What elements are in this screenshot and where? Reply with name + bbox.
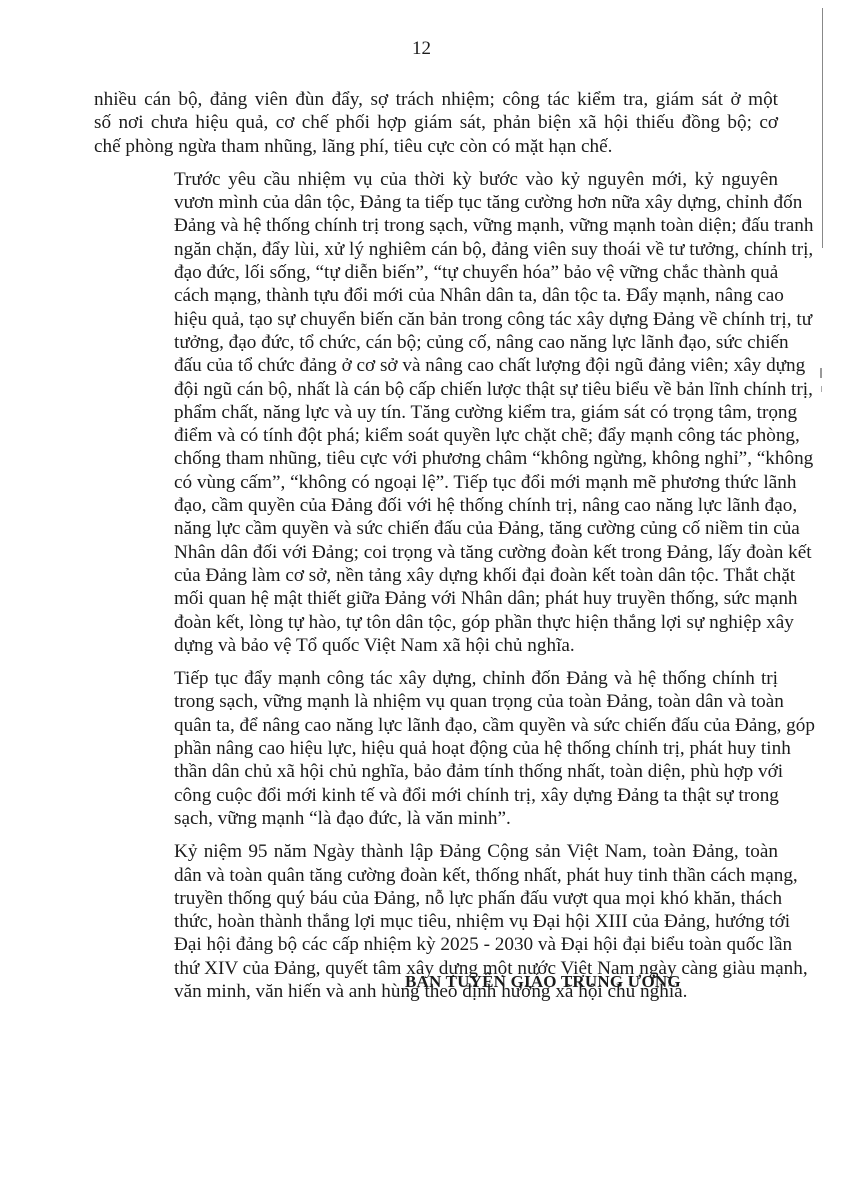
text-line: thần dân chủ xã hội chủ nghĩa, bảo đảm t… [94, 760, 778, 783]
text-line: chế phòng ngừa tham nhũng, lãng phí, tiê… [94, 135, 778, 158]
text-line: đạo đức, lối sống, “tự diễn biến”, “tự c… [94, 261, 778, 284]
text-line: Nhân dân đối với Đảng; coi trọng và tăng… [94, 541, 778, 564]
text-line: hiệu quả, tạo sự chuyển biến căn bản tro… [94, 308, 778, 331]
text-line: điểm và có tính đột phá; kiểm soát quyền… [94, 424, 778, 447]
text-line: vươn mình của dân tộc, Đảng ta tiếp tục … [94, 191, 778, 214]
text-line: Đảng và hệ thống chính trị trong sạch, v… [94, 214, 778, 237]
scan-edge-mark [821, 386, 822, 392]
text-line: Đại hội đảng bộ các cấp nhiệm kỳ 2025 - … [94, 933, 778, 956]
paragraph: Trước yêu cầu nhiệm vụ của thời kỳ bước … [94, 168, 778, 657]
text-line: đạo, cầm quyền của Đảng đối với hệ thống… [94, 494, 778, 517]
text-line: phần nâng cao hiệu lực, hiệu quả hoạt độ… [94, 737, 778, 760]
text-line: phẩm chất, năng lực và uy tín. Tăng cườn… [94, 401, 778, 424]
paragraph: Tiếp tục đẩy mạnh công tác xây dựng, chỉ… [94, 667, 778, 830]
text-line: quân ta, để nâng cao năng lực lãnh đạo, … [94, 714, 778, 737]
text-line: sạch, vững mạnh “là đạo đức, là văn minh… [94, 807, 778, 830]
text-line: mối quan hệ mật thiết giữa Đảng với Nhân… [94, 587, 778, 610]
document-body: nhiều cán bộ, đảng viên đùn đẩy, sợ trác… [94, 88, 778, 1013]
page-number: 12 [0, 38, 843, 60]
text-line: cách mạng, thành tựu đổi mới của Nhân dâ… [94, 284, 778, 307]
text-line: năng lực cầm quyền và sức chiến đấu của … [94, 517, 778, 540]
text-line: đoàn kết, lòng tự hào, tự tôn dân tộc, g… [94, 611, 778, 634]
text-line: dân và toàn quân tăng cường đoàn kết, th… [94, 864, 778, 887]
text-line: dựng và bảo vệ Tổ quốc Việt Nam xã hội c… [94, 634, 778, 657]
text-line: có vùng cấm”, “không có ngoại lệ”. Tiếp … [94, 471, 778, 494]
text-line: công cuộc đổi mới kinh tế và đổi mới chí… [94, 784, 778, 807]
text-line: Kỷ niệm 95 năm Ngày thành lập Đảng Cộng … [94, 840, 778, 863]
paragraph: nhiều cán bộ, đảng viên đùn đẩy, sợ trác… [94, 88, 778, 158]
text-line: truyền thống quý báu của Đảng, nỗ lực ph… [94, 887, 778, 910]
signature-organization: BAN TUYÊN GIÁO TRUNG ƯƠNG [405, 972, 681, 992]
text-line: đấu của tổ chức đảng ở cơ sở và nâng cao… [94, 354, 778, 377]
text-line: nhiều cán bộ, đảng viên đùn đẩy, sợ trác… [94, 88, 778, 111]
text-line: trong sạch, vững mạnh là nhiệm vụ quan t… [94, 690, 778, 713]
text-line: ngăn chặn, đẩy lùi, xử lý nghiêm cán bộ,… [94, 238, 778, 261]
text-line: đội ngũ cán bộ, nhất là cán bộ cấp chiến… [94, 378, 778, 401]
text-line: Trước yêu cầu nhiệm vụ của thời kỳ bước … [94, 168, 778, 191]
scan-edge-mark [820, 368, 822, 378]
text-line: Tiếp tục đẩy mạnh công tác xây dựng, chỉ… [94, 667, 778, 690]
text-line: của Đảng làm cơ sở, nền tảng xây dựng kh… [94, 564, 778, 587]
text-line: tưởng, đạo đức, tổ chức, cán bộ; củng cố… [94, 331, 778, 354]
text-line: thức, hoàn thành thắng lợi mục tiêu, nhi… [94, 910, 778, 933]
text-line: số nơi chưa hiệu quả, cơ chế phối hợp gi… [94, 111, 778, 134]
text-line: chống tham nhũng, tiêu cực với phương ch… [94, 447, 778, 470]
